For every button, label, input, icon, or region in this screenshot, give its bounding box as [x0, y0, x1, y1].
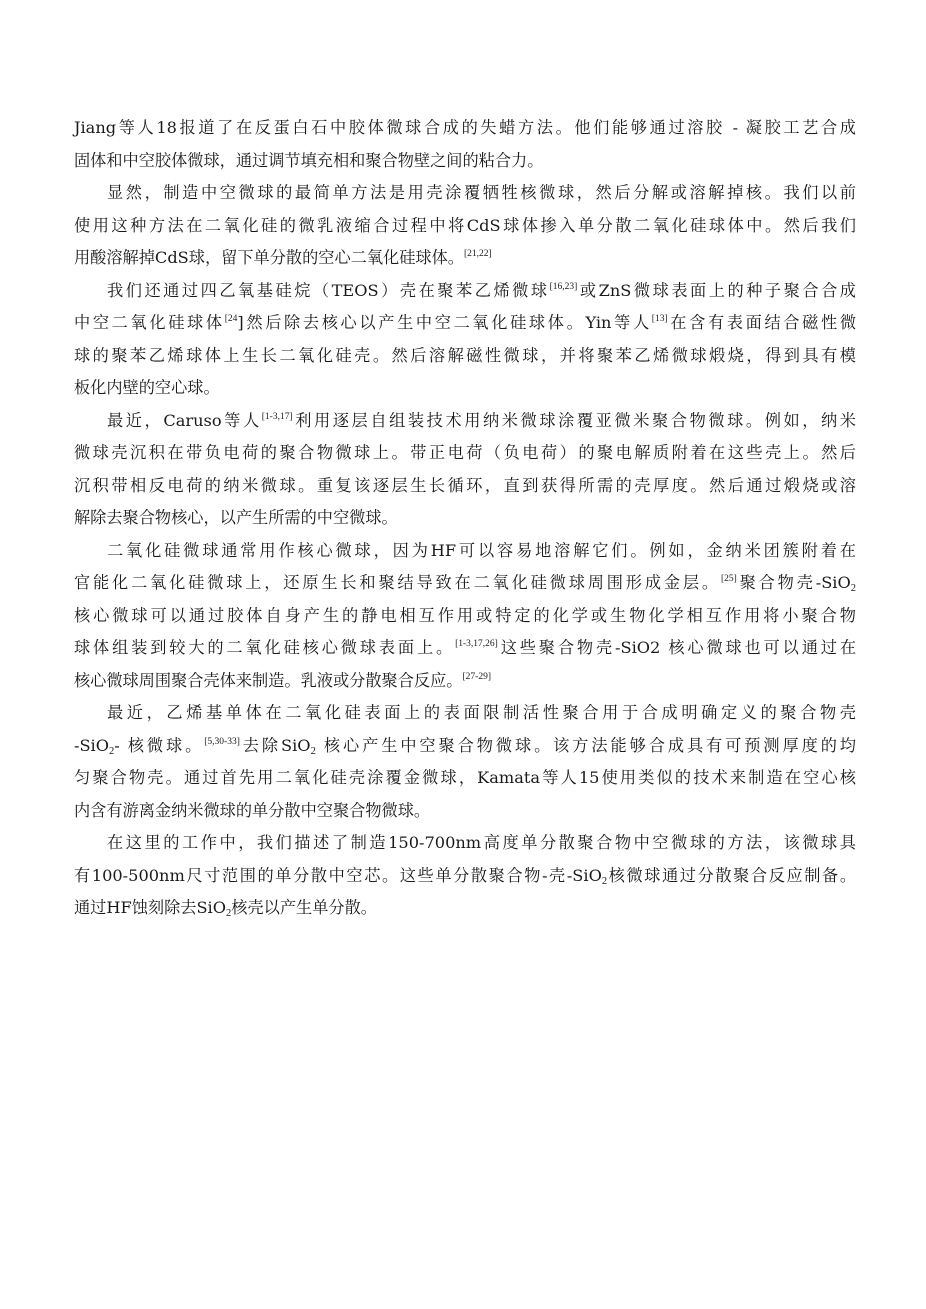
paragraph: 二氧化硅微球通常用作核心微球，因为HF可以容易地溶解它们。例如，金纳米团簇附着在… [74, 535, 856, 698]
text-segment: 有100-500nm尺寸范围的单分散中空芯。这些单分散聚合物-壳-SiO [74, 866, 602, 885]
text-line: 微球壳沉积在带负电荷的聚合物微球上。带正电荷（负电荷）的聚电解质附着在这些壳上。… [74, 437, 856, 470]
paragraph: Jiang等人18报道了在反蛋白石中胶体微球合成的失蜡方法。他们能够通过溶胶 -… [74, 112, 856, 177]
text-line: 匀聚合物壳。通过首先用二氧化硅壳涂覆金微球，Kamata等人15使用类似的技术来… [74, 762, 856, 795]
text-line: -SiO2- 核微球。[5,30-33]去除SiO2 核心产生中空聚合物微球。该… [74, 730, 856, 763]
citation-reference: [24 [225, 314, 238, 324]
text-line: 用酸溶解掉CdS球，留下单分散的空心二氧化硅球体。[21,22] [74, 242, 856, 275]
text-line: 在这里的工作中，我们描述了制造150-700nm高度单分散聚合物中空微球的方法，… [74, 827, 856, 860]
text-segment: 沉积带相反电荷的纳米微球。重复该逐层生长循环，直到获得所需的壳厚度。然后通过煅烧… [74, 476, 856, 495]
text-line: 我们还通过四乙氧基硅烷（TEOS）壳在聚苯乙烯微球[16,23]或ZnS微球表面… [74, 275, 856, 308]
text-segment: 用酸溶解掉CdS球，留下单分散的空心二氧化硅球体。 [74, 248, 464, 267]
text-segment: 球的聚苯乙烯球体上生长二氧化硅壳。然后溶解磁性微球，并将聚苯乙烯微球煅烧，得到具… [74, 346, 856, 365]
text-segment: -SiO [74, 736, 109, 755]
text-line: 球体组装到较大的二氧化硅核心微球表面上。[1-3,17,26]这些聚合物壳-Si… [74, 632, 856, 665]
text-segment: 核心微球周围聚合壳体来制造。乳液或分散聚合反应。 [74, 671, 463, 690]
text-segment: 固体和中空胶体微球，通过调节填充相和聚合物壁之间的粘合力。 [74, 151, 543, 170]
text-segment: 解除去聚合物核心，以产生所需的中空微球。 [74, 508, 398, 527]
text-line: 板化内壁的空心球。 [74, 372, 856, 405]
citation-reference: [21,22] [464, 249, 492, 259]
paragraph: 显然，制造中空微球的最简单方法是用壳涂覆牺牲核微球，然后分解或溶解掉核。我们以前… [74, 177, 856, 275]
text-line: 核心微球周围聚合壳体来制造。乳液或分散聚合反应。[27-29] [74, 665, 856, 698]
text-line: 二氧化硅微球通常用作核心微球，因为HF可以容易地溶解它们。例如，金纳米团簇附着在 [74, 535, 856, 568]
text-segment: 内含有游离金纳米微球的单分散中空聚合物微球。 [74, 801, 430, 820]
text-segment: 匀聚合物壳。通过首先用二氧化硅壳涂覆金微球，Kamata等人15使用类似的技术来… [74, 768, 856, 787]
text-segment: 去除SiO [240, 736, 311, 755]
text-segment: 显然，制造中空微球的最简单方法是用壳涂覆牺牲核微球，然后分解或溶解掉核。我们以前 [107, 183, 856, 202]
paragraph: 最近，Caruso等人[1-3,17]利用逐层自组装技术用纳米微球涂覆亚微米聚合… [74, 405, 856, 535]
text-segment: 二氧化硅微球通常用作核心微球，因为HF可以容易地溶解它们。例如，金纳米团簇附着在 [107, 541, 856, 560]
text-segment: 在这里的工作中，我们描述了制造150-700nm高度单分散聚合物中空微球的方法，… [107, 833, 856, 852]
text-line: 通过HF蚀刻除去SiO2核壳以产生单分散。 [74, 892, 856, 925]
text-segment: 这些聚合物壳-SiO2 核心微球也可以通过在 [498, 638, 856, 657]
text-segment: 官能化二氧化硅微球上，还原生长和聚结导致在二氧化硅微球周围形成金层。 [74, 573, 721, 592]
text-segment: 微球壳沉积在带负电荷的聚合物微球上。带正电荷（负电荷）的聚电解质附着在这些壳上。… [74, 443, 856, 462]
text-segment: 通过HF蚀刻除去SiO [74, 898, 226, 917]
citation-reference: [1-3,17,26] [455, 639, 498, 649]
text-line: 内含有游离金纳米微球的单分散中空聚合物微球。 [74, 795, 856, 828]
text-line: 有100-500nm尺寸范围的单分散中空芯。这些单分散聚合物-壳-SiO2核微球… [74, 860, 856, 893]
text-segment: 核微球通过分散聚合反应制备。 [607, 866, 856, 885]
text-segment: 中空二氧化硅球体 [74, 313, 225, 332]
text-segment: 核心产生中空聚合物微球。该方法能够合成具有可预测厚度的均 [316, 736, 856, 755]
citation-reference: [16,23] [550, 282, 578, 292]
text-line: 核心微球可以通过胶体自身产生的静电相互作用或特定的化学或生物化学相互作用将小聚合… [74, 600, 856, 633]
text-segment: 核壳以产生单分散。 [231, 898, 377, 917]
citation-reference: [1-3,17] [262, 412, 293, 422]
text-segment: - 核微球。 [114, 736, 204, 755]
paragraph: 最近，乙烯基单体在二氧化硅表面上的表面限制活性聚合用于合成明确定义的聚合物壳-S… [74, 697, 856, 827]
text-segment: 最近，Caruso等人 [107, 411, 262, 430]
text-line: 最近，Caruso等人[1-3,17]利用逐层自组装技术用纳米微球涂覆亚微米聚合… [74, 405, 856, 438]
text-segment: 在含有表面结合磁性微 [668, 313, 856, 332]
text-line: Jiang等人18报道了在反蛋白石中胶体微球合成的失蜡方法。他们能够通过溶胶 -… [74, 112, 856, 145]
text-segment: 最近，乙烯基单体在二氧化硅表面上的表面限制活性聚合用于合成明确定义的聚合物壳 [107, 703, 856, 722]
text-segment: 聚合物壳-SiO [737, 573, 851, 592]
text-line: 显然，制造中空微球的最简单方法是用壳涂覆牺牲核微球，然后分解或溶解掉核。我们以前 [74, 177, 856, 210]
paragraph: 我们还通过四乙氧基硅烷（TEOS）壳在聚苯乙烯微球[16,23]或ZnS微球表面… [74, 275, 856, 405]
text-line: 沉积带相反电荷的纳米微球。重复该逐层生长循环，直到获得所需的壳厚度。然后通过煅烧… [74, 470, 856, 503]
text-segment: 或ZnS微球表面上的种子聚合合成 [577, 281, 856, 300]
document-page: Jiang等人18报道了在反蛋白石中胶体微球合成的失蜡方法。他们能够通过溶胶 -… [74, 112, 856, 925]
text-line: 球的聚苯乙烯球体上生长二氧化硅壳。然后溶解磁性微球，并将聚苯乙烯微球煅烧，得到具… [74, 340, 856, 373]
text-segment: 板化内壁的空心球。 [74, 378, 220, 397]
text-line: 官能化二氧化硅微球上，还原生长和聚结导致在二氧化硅微球周围形成金层。[25]聚合… [74, 567, 856, 600]
text-segment: 核心微球可以通过胶体自身产生的静电相互作用或特定的化学或生物化学相互作用将小聚合… [74, 606, 856, 625]
text-segment: 使用这种方法在二氧化硅的微乳液缩合过程中将CdS球体掺入单分散二氧化硅球体中。然… [74, 216, 856, 235]
text-line: 中空二氧化硅球体[24]然后除去核心以产生中空二氧化硅球体。Yin等人[13]在… [74, 307, 856, 340]
text-segment: 球体组装到较大的二氧化硅核心微球表面上。 [74, 638, 455, 657]
text-line: 解除去聚合物核心，以产生所需的中空微球。 [74, 502, 856, 535]
text-segment: ]然后除去核心以产生中空二氧化硅球体。Yin等人 [237, 313, 651, 332]
text-line: 最近，乙烯基单体在二氧化硅表面上的表面限制活性聚合用于合成明确定义的聚合物壳 [74, 697, 856, 730]
citation-reference: [5,30-33] [204, 737, 240, 747]
citation-reference: [13] [652, 314, 668, 324]
text-line: 使用这种方法在二氧化硅的微乳液缩合过程中将CdS球体掺入单分散二氧化硅球体中。然… [74, 210, 856, 243]
citation-reference: [27-29] [463, 672, 492, 682]
text-segment: 我们还通过四乙氧基硅烷（TEOS）壳在聚苯乙烯微球 [107, 281, 550, 300]
chemical-subscript: 2 [851, 583, 856, 594]
paragraph: 在这里的工作中，我们描述了制造150-700nm高度单分散聚合物中空微球的方法，… [74, 827, 856, 925]
text-segment: Jiang等人18报道了在反蛋白石中胶体微球合成的失蜡方法。他们能够通过溶胶 -… [74, 118, 856, 137]
text-segment: 利用逐层自组装技术用纳米微球涂覆亚微米聚合物微球。例如，纳米 [293, 411, 856, 430]
text-line: 固体和中空胶体微球，通过调节填充相和聚合物壁之间的粘合力。 [74, 145, 856, 178]
citation-reference: [25] [721, 574, 737, 584]
